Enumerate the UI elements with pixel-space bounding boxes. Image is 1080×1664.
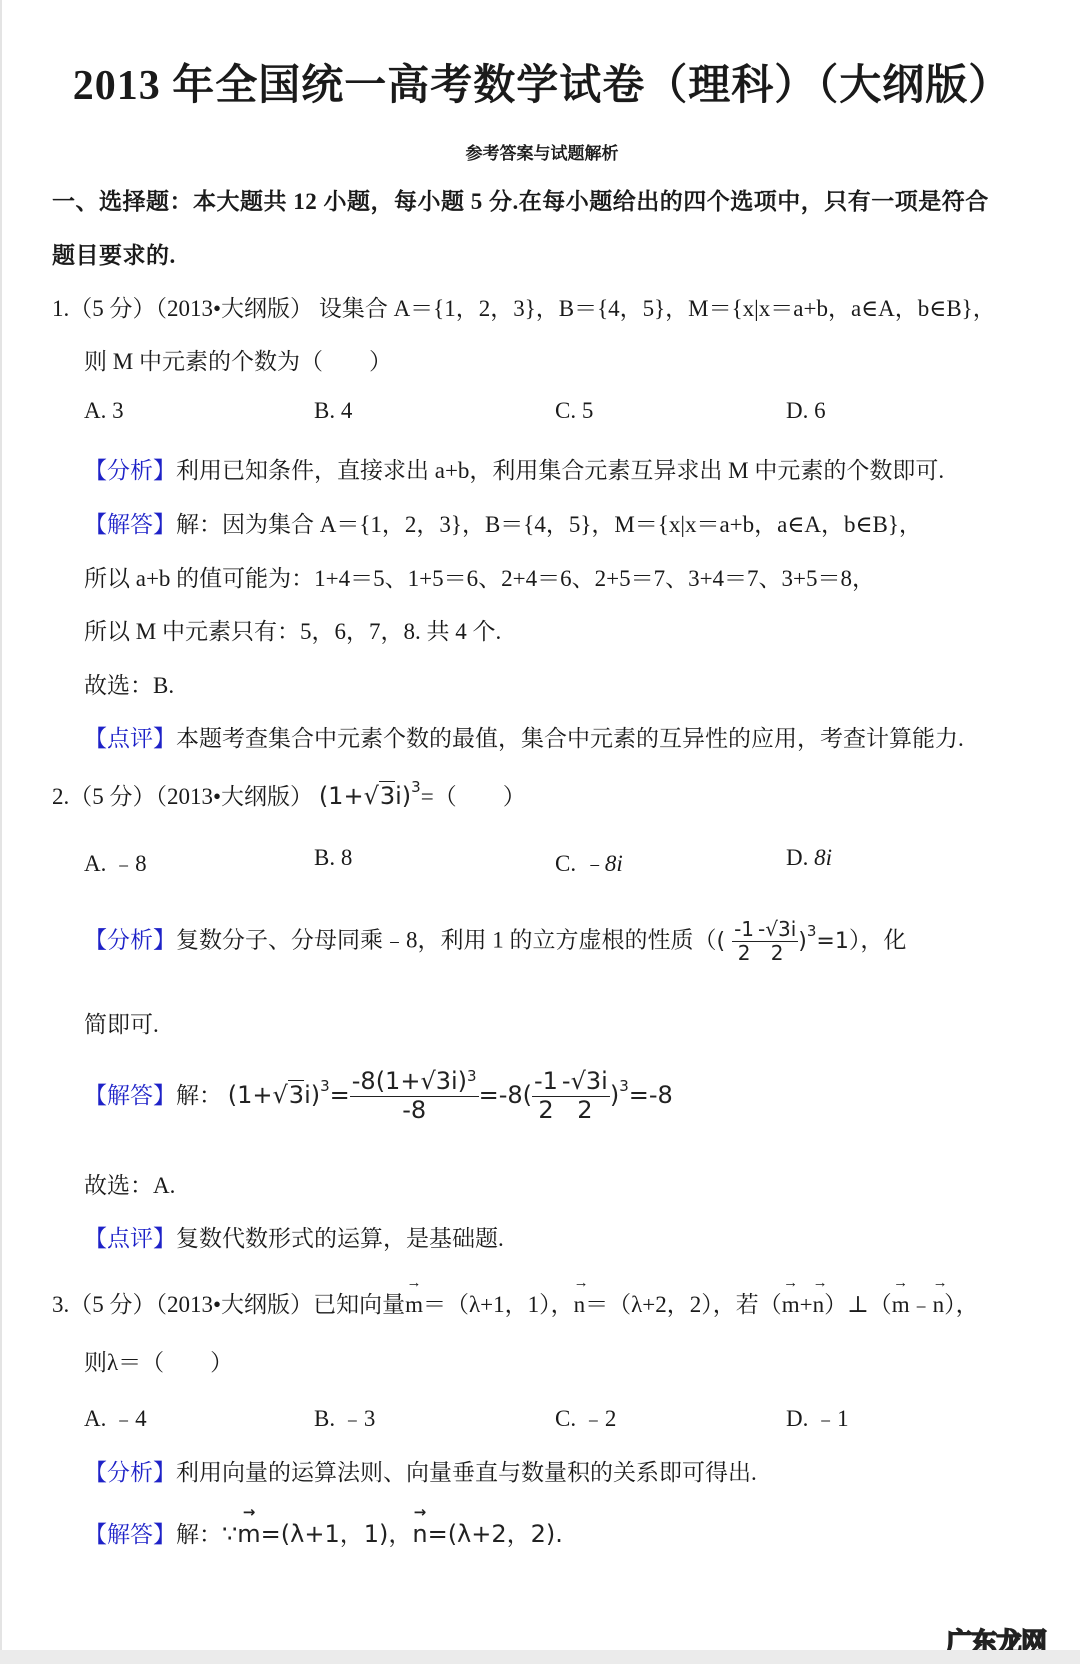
question-3-option-d: D. ﹣1 <box>786 1400 849 1433</box>
question-1-conclusion: 故选：B. <box>84 667 174 700</box>
question-3-option-b: B. ﹣3 <box>314 1400 375 1433</box>
comment-label: 【点评】 <box>84 726 176 751</box>
question-2-conclusion: 故选：A. <box>84 1167 175 1200</box>
question-1-option-c: C. 5 <box>555 398 593 424</box>
question-2-analysis: 【分析】复数分子、分母同乘﹣8，利用 1 的立方虚根的性质（( -12-√3i2… <box>84 918 906 965</box>
question-1-solution-line: 所以 a+b 的值可能为：1+4＝5、1+5＝6、2+4＝6、2+5＝7、3+4… <box>84 560 875 593</box>
question-2-option-c: C. ﹣8i <box>555 845 623 878</box>
question-1-analysis: 【分析】利用已知条件，直接求出 a+b，利用集合元素互异求出 M 中元素的个数即… <box>84 452 944 485</box>
analysis-label: 【分析】 <box>84 458 176 483</box>
math-expression: (1+√3i)3 <box>319 782 421 810</box>
question-score: （5 分） <box>69 296 155 321</box>
question-3-option-c: C. ﹣2 <box>555 1400 616 1433</box>
question-3-solution: 【解答】解：∵m=(λ+1，1)，n=(λ+2，2). <box>84 1514 563 1549</box>
solution-label: 【解答】 <box>84 512 176 537</box>
analysis-label: 【分析】 <box>84 1460 176 1485</box>
question-3-option-a: A. ﹣4 <box>84 1400 147 1433</box>
question-2-option-b: B. 8 <box>314 845 352 871</box>
question-1-option-b: B. 4 <box>314 398 352 424</box>
question-text: 设集合 A＝{1，2，3}，B＝{4，5}，M＝{x|x＝a+b，a∈A，b∈B… <box>319 296 996 321</box>
question-2-solution: 【解答】解： (1+√3i)3=-8(1+√3i)3-8=-8(-12-√3i2… <box>84 1068 673 1124</box>
question-1-stem-cont: 则 M 中元素的个数为（ ） <box>84 343 392 376</box>
question-1-stem: 1.（5 分）（2013•大纲版） 设集合 A＝{1，2，3}，B＝{4，5}，… <box>52 290 996 323</box>
question-1-comment: 【点评】本题考查集合中元素个数的最值，集合中元素的互异性的应用，考查计算能力. <box>84 720 964 753</box>
question-1-option-d: D. 6 <box>786 398 826 424</box>
question-3-analysis: 【分析】利用向量的运算法则、向量垂直与数量积的关系即可得出. <box>84 1454 757 1487</box>
question-3-stem-cont: 则λ＝（ ） <box>84 1344 233 1377</box>
section-heading-cont: 题目要求的. <box>52 237 176 270</box>
document-title: 2013 年全国统一高考数学试卷（理科）（大纲版） <box>2 52 1080 112</box>
question-2-option-d: D. 8i <box>786 845 832 871</box>
section-heading: 一、选择题：本大题共 12 小题，每小题 5 分.在每小题给出的四个选项中，只有… <box>52 183 989 216</box>
question-3-stem: 3.（5 分）（2013•大纲版）已知向量m＝（λ+1，1），n＝（λ+2，2）… <box>52 1286 979 1319</box>
question-2-comment: 【点评】复数代数形式的运算，是基础题. <box>84 1220 504 1253</box>
question-number: 1. <box>52 296 69 321</box>
question-2-analysis-cont: 简即可. <box>84 1006 159 1039</box>
solution-label: 【解答】 <box>84 1522 176 1547</box>
question-1-solution-line: 所以 M 中元素只有：5，6，7，8. 共 4 个. <box>84 613 501 646</box>
question-1-option-a: A. 3 <box>84 398 124 424</box>
document-page: 2013 年全国统一高考数学试卷（理科）（大纲版） 参考答案与试题解析 一、选择… <box>0 0 1080 1650</box>
solution-label: 【解答】 <box>84 1083 176 1108</box>
solution-math: (1+√3i)3=-8(1+√3i)3-8=-8(-12-√3i2)3=-8 <box>228 1081 673 1109</box>
question-1-solution: 【解答】解：因为集合 A＝{1，2，3}，B＝{4，5}，M＝{x|x＝a+b，… <box>84 506 922 539</box>
question-2-stem: 2.（5 分）（2013•大纲版） (1+√3i)3=（ ） <box>52 778 526 811</box>
question-source: （2013•大纲版） <box>156 296 314 321</box>
question-2-option-a: A. ﹣8 <box>84 845 147 878</box>
analysis-label: 【分析】 <box>84 928 176 953</box>
bottom-strip <box>0 1650 1080 1664</box>
document-subtitle: 参考答案与试题解析 <box>2 139 1080 164</box>
comment-label: 【点评】 <box>84 1226 176 1251</box>
